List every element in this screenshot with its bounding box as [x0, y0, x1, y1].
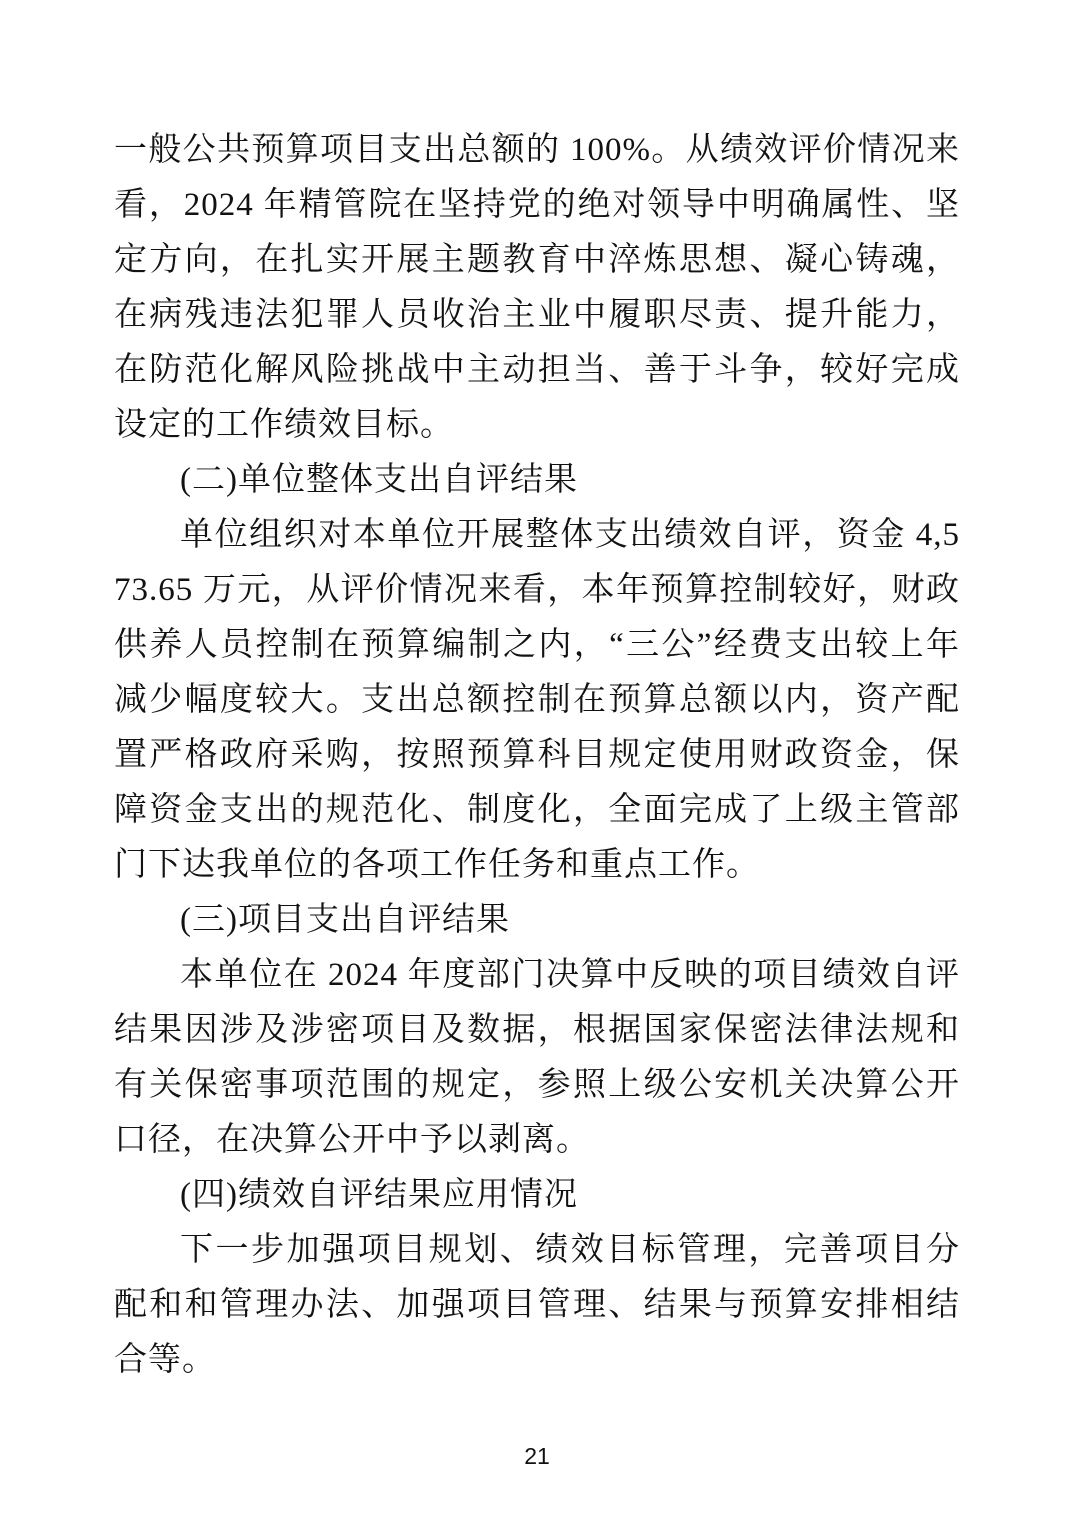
- paragraph: 单位组织对本单位开展整体支出绩效自评，资金 4,573.65 万元，从评价情况来…: [114, 508, 960, 893]
- page-number: 21: [0, 1443, 1074, 1470]
- document-page: 一般公共预算项目支出总额的 100%。从绩效评价情况来看，2024 年精管院在坚…: [0, 0, 1074, 1520]
- section-heading: (二)单位整体支出自评结果: [114, 453, 960, 508]
- section-heading: (四)绩效自评结果应用情况: [114, 1168, 960, 1223]
- paragraph: 本单位在 2024 年度部门决算中反映的项目绩效自评结果因涉及涉密项目及数据，根…: [114, 948, 960, 1168]
- section-heading: (三)项目支出自评结果: [114, 893, 960, 948]
- paragraph: 下一步加强项目规划、绩效目标管理，完善项目分配和和管理办法、加强项目管理、结果与…: [114, 1223, 960, 1388]
- document-body: 一般公共预算项目支出总额的 100%。从绩效评价情况来看，2024 年精管院在坚…: [114, 123, 960, 1388]
- paragraph: 一般公共预算项目支出总额的 100%。从绩效评价情况来看，2024 年精管院在坚…: [114, 123, 960, 453]
